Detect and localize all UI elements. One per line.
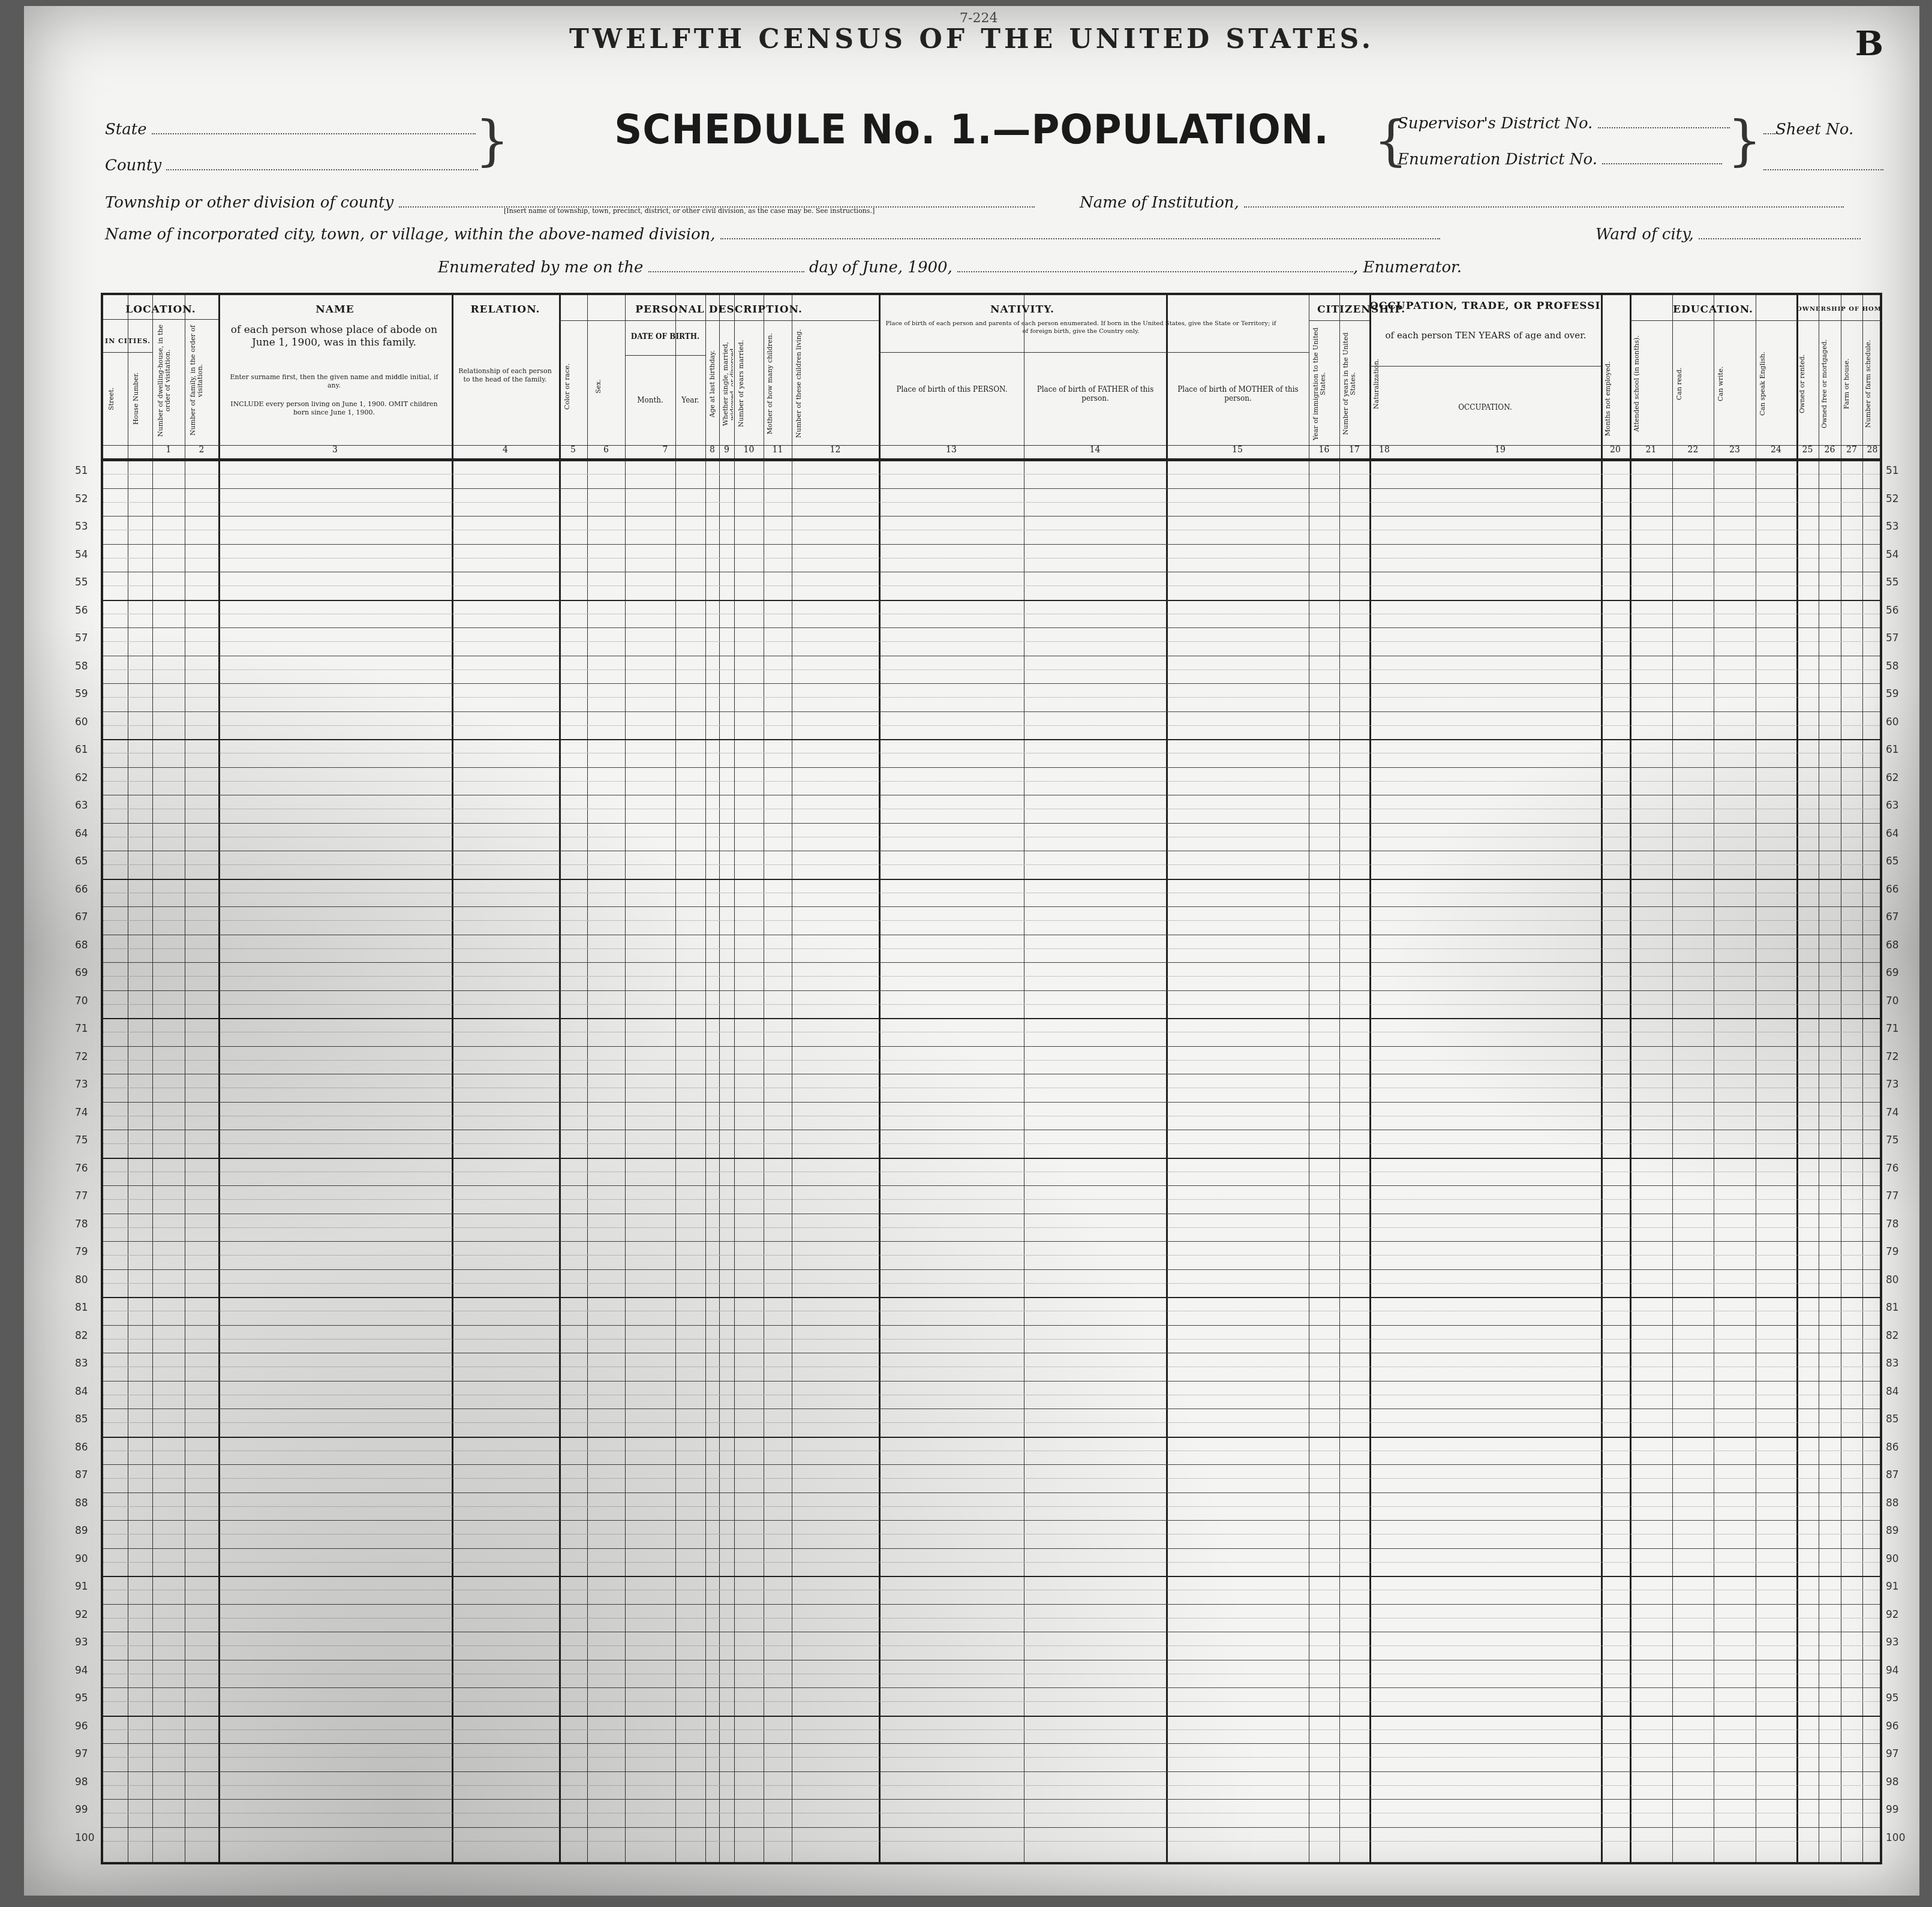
row-number-right: 66 [1886,884,1899,896]
table-row[interactable] [103,1130,1880,1130]
table-row[interactable] [103,851,1880,851]
table-row[interactable] [103,1827,1880,1828]
row-number-right: 99 [1886,1804,1899,1816]
row-number-left: 73 [75,1079,88,1091]
row-number-right: 94 [1886,1665,1899,1677]
table-row[interactable] [103,1269,1880,1270]
table-row[interactable] [103,1492,1880,1493]
table-row[interactable] [103,656,1880,656]
row-number-right: 86 [1886,1441,1899,1453]
group-location: LOCATION. [103,304,218,316]
table-row[interactable] [103,1297,1880,1298]
table-row[interactable] [103,1102,1880,1103]
row-number-right: 51 [1886,465,1899,477]
row-number-right: 85 [1886,1413,1899,1425]
row-number-left: 72 [75,1051,88,1063]
row-number-right: 84 [1886,1386,1899,1398]
table-row[interactable] [103,1771,1880,1772]
row-number-right: 81 [1886,1302,1899,1314]
row-number-left: 62 [75,772,88,784]
row-number-left: 86 [75,1441,88,1453]
row-number-left: 100 [75,1832,94,1844]
row-number-right: 53 [1886,521,1899,533]
table-row[interactable] [103,1353,1880,1353]
ward-field[interactable]: Ward of city, [1596,225,1861,244]
row-number-left: 58 [75,660,88,672]
table-row[interactable] [103,460,1880,461]
row-number-right: 71 [1886,1023,1899,1035]
table-row[interactable] [103,1214,1880,1214]
row-number-right: 60 [1886,716,1899,728]
row-number-left: 94 [75,1665,88,1677]
table-row[interactable] [103,1576,1880,1577]
row-number-right: 83 [1886,1358,1899,1370]
row-number-left: 75 [75,1134,88,1146]
row-number-left: 54 [75,549,88,561]
table-row[interactable] [103,1743,1880,1744]
institution-field[interactable]: Name of Institution, [1080,193,1844,212]
row-number-left: 85 [75,1413,88,1425]
table-row[interactable] [103,600,1880,601]
table-row[interactable] [103,935,1880,935]
row-number-right: 77 [1886,1190,1899,1202]
row-number-left: 76 [75,1163,88,1175]
row-number-left: 64 [75,828,88,840]
table-row[interactable] [103,990,1880,991]
row-number-right: 100 [1886,1832,1905,1844]
row-number-left: 77 [75,1190,88,1202]
population-table: LOCATION. IN CITIES. NAME of each person… [101,293,1882,1864]
table-row[interactable] [103,516,1880,516]
row-number-left: 51 [75,465,88,477]
row-number-right: 56 [1886,605,1899,617]
row-number-right: 69 [1886,967,1899,979]
row-number-left: 66 [75,884,88,896]
row-number-left: 59 [75,688,88,700]
row-number-right: 79 [1886,1246,1899,1258]
row-number-right: 90 [1886,1553,1899,1565]
table-row[interactable] [103,879,1880,880]
group-occupation: OCCUPATION, TRADE, OR PROFESSION [1369,300,1601,312]
table-row[interactable] [103,1520,1880,1521]
row-number-left: 91 [75,1581,88,1593]
row-number-right: 62 [1886,772,1899,784]
row-number-right: 82 [1886,1330,1899,1342]
row-number-right: 70 [1886,995,1899,1007]
row-number-left: 87 [75,1469,88,1481]
row-number-right: 63 [1886,800,1899,812]
row-number-right: 68 [1886,939,1899,951]
row-number-left: 83 [75,1358,88,1370]
table-row[interactable] [103,711,1880,712]
row-number-left: 97 [75,1748,88,1760]
table-row[interactable] [103,1604,1880,1605]
row-number-left: 84 [75,1386,88,1398]
table-row[interactable] [103,627,1880,628]
row-number-left: 92 [75,1609,88,1621]
table-row[interactable] [103,1241,1880,1242]
table-row[interactable] [103,795,1880,795]
row-number-left: 61 [75,744,88,756]
row-number-left: 55 [75,576,88,588]
row-number-right: 57 [1886,632,1899,644]
row-number-left: 70 [75,995,88,1007]
row-number-left: 57 [75,632,88,644]
table-row[interactable] [103,1437,1880,1438]
table-row[interactable] [103,544,1880,545]
table-row[interactable] [103,823,1880,824]
table-row[interactable] [103,962,1880,963]
row-number-left: 88 [75,1497,88,1509]
row-number-right: 54 [1886,549,1899,561]
group-relation: RELATION. [452,304,559,316]
township-note: [Insert name of township, town, precinct… [504,207,875,215]
supervisor-district-field[interactable]: Supervisor's District No. [1398,114,1730,133]
row-number-left: 81 [75,1302,88,1314]
row-number-right: 52 [1886,493,1899,505]
sheet-no-line[interactable] [1763,156,1883,175]
row-number-left: 80 [75,1274,88,1286]
sheet-no-field[interactable]: Sheet No. [1763,120,1853,139]
row-number-left: 74 [75,1107,88,1119]
row-number-left: 98 [75,1776,88,1788]
row-number-left: 89 [75,1525,88,1537]
table-row[interactable] [103,1381,1880,1382]
row-number-left: 82 [75,1330,88,1342]
row-number-left: 52 [75,493,88,505]
row-number-left: 65 [75,855,88,867]
table-row[interactable] [103,767,1880,768]
row-number-right: 64 [1886,828,1899,840]
row-number-right: 80 [1886,1274,1899,1286]
row-number-right: 75 [1886,1134,1899,1146]
row-number-right: 88 [1886,1497,1899,1509]
row-number-left: 63 [75,800,88,812]
row-number-left: 56 [75,605,88,617]
row-number-left: 79 [75,1246,88,1258]
row-number-left: 90 [75,1553,88,1565]
group-ownership: OWNERSHIP OF HOME. [1796,306,1882,313]
row-number-right: 76 [1886,1163,1899,1175]
sheet-letter: B [1855,24,1883,64]
row-number-left: 69 [75,967,88,979]
state-field[interactable]: State [105,120,476,139]
right-brace-close: } [1727,114,1762,168]
row-number-right: 59 [1886,688,1899,700]
table-row[interactable] [103,1409,1880,1409]
table-row[interactable] [103,1325,1880,1326]
row-number-right: 91 [1886,1581,1899,1593]
table-row[interactable] [103,488,1880,489]
row-number-right: 67 [1886,911,1899,923]
table-row[interactable] [103,572,1880,572]
left-brace: } [475,114,509,168]
subgroup-in-cities: IN CITIES. [103,337,152,345]
county-field[interactable]: County [105,156,478,175]
row-number-left: 99 [75,1804,88,1816]
row-number-right: 78 [1886,1218,1899,1230]
row-number-right: 55 [1886,576,1899,588]
group-name: NAME [218,304,452,316]
table-row[interactable] [103,1464,1880,1465]
table-row[interactable] [103,1185,1880,1186]
row-number-right: 58 [1886,660,1899,672]
row-number-right: 93 [1886,1636,1899,1648]
row-number-right: 89 [1886,1525,1899,1537]
row-number-right: 65 [1886,855,1899,867]
row-number-left: 60 [75,716,88,728]
row-number-left: 67 [75,911,88,923]
table-row[interactable] [103,1046,1880,1047]
row-number-right: 74 [1886,1107,1899,1119]
row-number-left: 95 [75,1692,88,1704]
table-row[interactable] [103,1660,1880,1660]
table-row[interactable] [103,1716,1880,1717]
row-number-right: 92 [1886,1609,1899,1621]
table-row[interactable] [103,1018,1880,1019]
enumeration-district-field[interactable]: Enumeration District No. [1398,150,1722,169]
census-title: TWELFTH CENSUS OF THE UNITED STATES. [24,24,1919,55]
table-row[interactable] [103,1687,1880,1688]
row-number-left: 68 [75,939,88,951]
table-row[interactable] [103,1632,1880,1632]
table-row[interactable] [103,683,1880,684]
row-number-right: 97 [1886,1748,1899,1760]
census-sheet: 7-224 TWELFTH CENSUS OF THE UNITED STATE… [24,6,1919,1896]
group-nativity: NATIVITY. [879,304,1166,316]
table-row[interactable] [103,1158,1880,1159]
row-number-right: 95 [1886,1692,1899,1704]
row-number-left: 53 [75,521,88,533]
row-number-left: 96 [75,1720,88,1732]
row-number-right: 61 [1886,744,1899,756]
table-row[interactable] [103,1799,1880,1800]
group-personal-description: PERSONAL DESCRIPTION. [559,304,879,316]
row-number-right: 73 [1886,1079,1899,1091]
city-field[interactable]: Name of incorporated city, town, or vill… [105,225,1440,244]
table-row[interactable] [103,1548,1880,1549]
group-education: EDUCATION. [1630,304,1796,316]
row-number-right: 72 [1886,1051,1899,1063]
table-row[interactable] [103,739,1880,740]
table-row[interactable] [103,906,1880,907]
row-number-left: 93 [75,1636,88,1648]
row-number-right: 98 [1886,1776,1899,1788]
row-number-left: 71 [75,1023,88,1035]
enumerated-date-field[interactable]: Enumerated by me on the day of June, 190… [438,258,1462,277]
row-number-right: 87 [1886,1469,1899,1481]
row-number-left: 78 [75,1218,88,1230]
row-number-right: 96 [1886,1720,1899,1732]
table-row[interactable] [103,1074,1880,1074]
